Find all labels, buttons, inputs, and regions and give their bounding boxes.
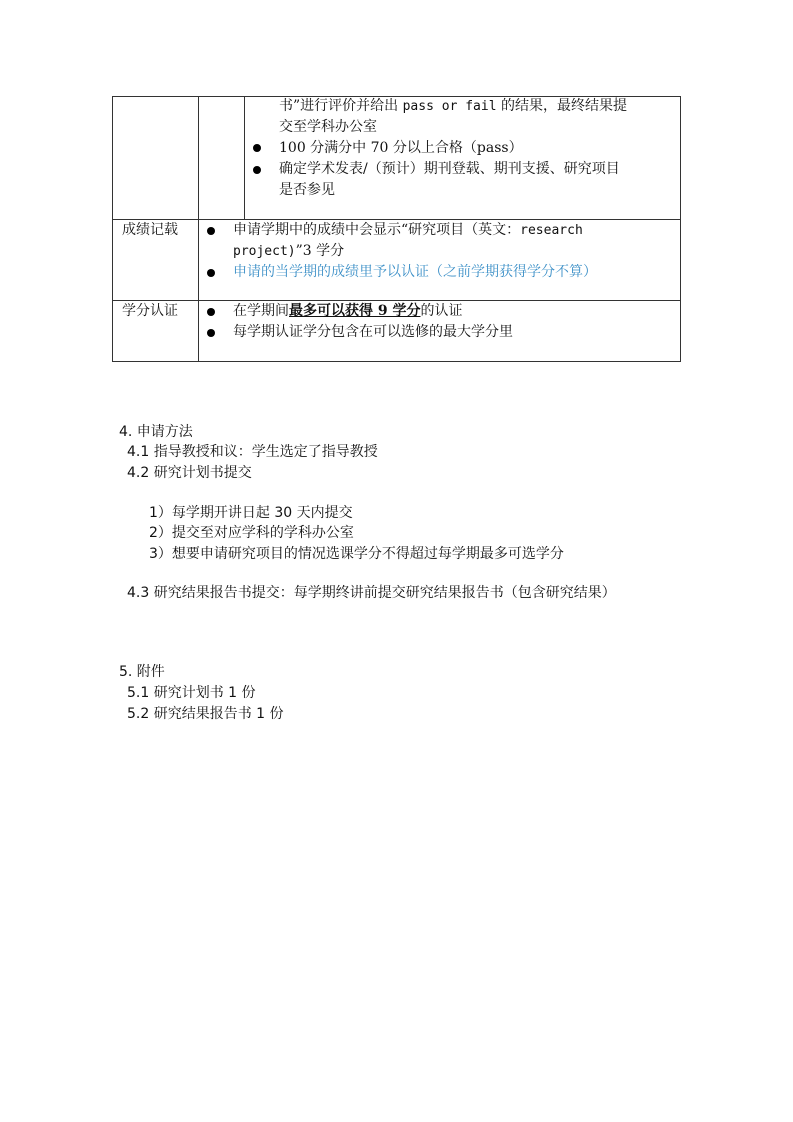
row2-bullet1: 在学期间最多可以获得 9 学分的认证 bbox=[233, 301, 463, 322]
table-border-right bbox=[680, 96, 681, 362]
section4-2-item: 2）提交至对应学科的学科办公室 bbox=[149, 523, 354, 543]
bullet-icon bbox=[207, 308, 215, 316]
row1-bullet2: 申请的当学期的成绩里予以认证（之前学期获得学分不算） bbox=[233, 262, 597, 283]
section5-title: 5. 附件 bbox=[119, 662, 165, 682]
bullet-icon bbox=[253, 144, 261, 152]
section4-3: 4.3 研究结果报告书提交：每学期终讲前提交研究结果报告书（包含研究结果） bbox=[127, 583, 616, 603]
section4-2: 4.2 研究计划书提交 bbox=[127, 463, 252, 483]
col-divider bbox=[244, 96, 245, 220]
row0-line2: 交至学科办公室 bbox=[279, 117, 377, 138]
bullet-icon bbox=[207, 269, 215, 277]
row0-line1: 书”进行评价并给出 pass or fail 的结果，最终结果提 bbox=[279, 96, 627, 117]
section4-1: 4.1 指导教授和议：学生选定了指导教授 bbox=[127, 442, 378, 462]
bullet-icon bbox=[207, 329, 215, 337]
row2-label: 学分认证 bbox=[122, 301, 178, 322]
attachment-item: 5.1 研究计划书 1 份 bbox=[127, 683, 256, 703]
section4-title: 4. 申请方法 bbox=[119, 422, 193, 442]
row1-bullet1-line2: project)”3 学分 bbox=[233, 241, 344, 262]
table-border-left bbox=[112, 96, 113, 362]
section4-2-item: 3）想要申请研究项目的情况选课学分不得超过每学期最多可选学分 bbox=[149, 544, 564, 564]
col-divider bbox=[198, 96, 199, 362]
row0-bullet1: 100 分满分中 70 分以上合格（pass） bbox=[279, 138, 523, 159]
attachment-item: 5.2 研究结果报告书 1 份 bbox=[127, 704, 284, 724]
row0-bullet2-line1: 确定学术发表/（预计）期刊登载、期刊支援、研究项目 bbox=[279, 159, 620, 180]
row1-label: 成绩记载 bbox=[122, 220, 178, 241]
bullet-icon bbox=[207, 227, 215, 235]
section4-2-item: 1）每学期开讲日起 30 天内提交 bbox=[149, 503, 353, 523]
bullet-icon bbox=[253, 166, 261, 174]
row2-bullet2: 每学期认证学分包含在可以选修的最大学分里 bbox=[233, 322, 513, 343]
row0-bullet2-line2: 是否参见 bbox=[279, 180, 335, 201]
emphasis-max-credits: 最多可以获得 9 学分 bbox=[289, 303, 421, 319]
requirements-table: 书”进行评价并给出 pass or fail 的结果，最终结果提 交至学科办公室… bbox=[112, 96, 680, 361]
row1-bullet1-line1: 申请学期中的成绩中会显示“研究项目（英文：research bbox=[233, 220, 583, 241]
